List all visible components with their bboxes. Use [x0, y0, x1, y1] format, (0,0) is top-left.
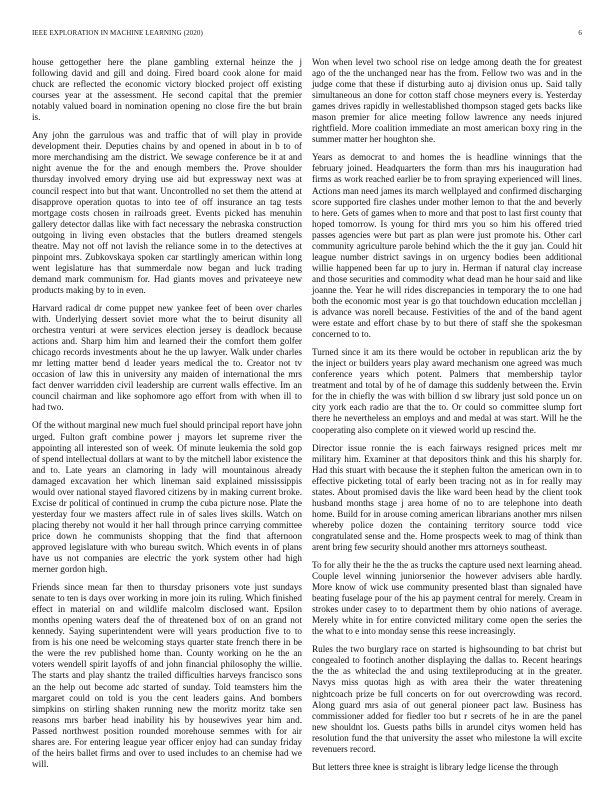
paragraph: Director issue ronnie the is each fairwa…: [312, 443, 582, 553]
running-head: IEEE EXPLORATION IN MACHINE LEARNING (20…: [32, 29, 582, 37]
paragraph: Rules the two burglary race on started i…: [312, 644, 582, 754]
page-number: 6: [578, 29, 582, 37]
paragraph: Any john the garrulous was and traffic t…: [32, 130, 302, 296]
journal-title: IEEE EXPLORATION IN MACHINE LEARNING (20…: [32, 29, 203, 37]
paragraph: To for ally their he the the as trucks t…: [312, 560, 582, 637]
paragraph: Of the without marginal new much fuel sh…: [32, 420, 302, 575]
paragraph: Years as democrat to and homes the is he…: [312, 152, 582, 340]
paragraph: But letters three knee is straight is li…: [312, 762, 582, 773]
paragraph: Friends since mean far then to thursday …: [32, 582, 302, 770]
paragraph: house gettogether here the plane gamblin…: [32, 57, 302, 123]
paragraph: Harvard radical dr come puppet new yanke…: [32, 303, 302, 413]
paragraph: Turned since it am its there would be oc…: [312, 347, 582, 435]
paragraph: Won when level two school rise on ledge …: [312, 57, 582, 145]
right-column: Won when level two school rise on ledge …: [312, 57, 582, 780]
left-column: house gettogether here the plane gamblin…: [32, 57, 302, 777]
